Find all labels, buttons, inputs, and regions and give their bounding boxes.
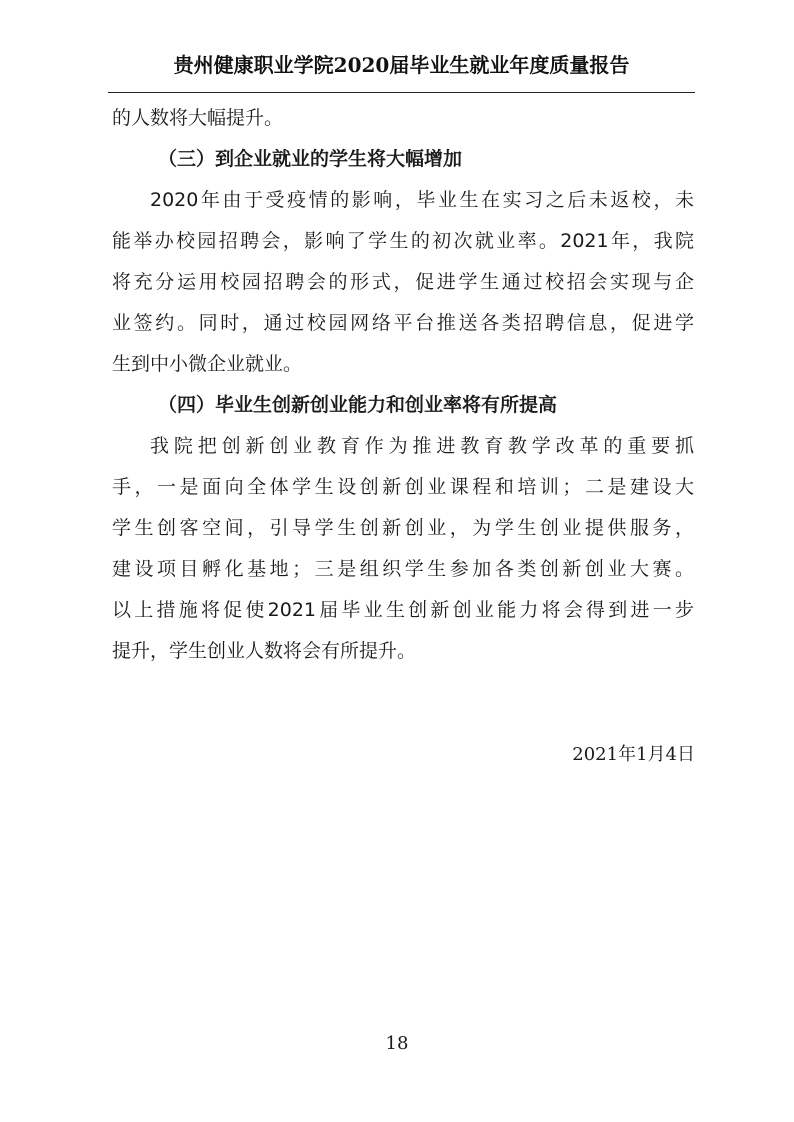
paragraph-line: 将充分运用校园招聘会的形式，促进学生通过校招会实现与企 — [112, 262, 694, 302]
section-heading-4: （四）毕业生创新创业能力和创业率将有所提高 — [158, 385, 557, 425]
paragraph-line: 我院把创新创业教育作为推进教育教学改革的重要抓 — [150, 426, 694, 466]
paragraph-line: 业签约。同时，通过校园网络平台推送各类招聘信息，促进学 — [112, 303, 694, 343]
paragraph-line: 学生创客空间，引导学生创新创业，为学生创业提供服务， — [112, 508, 694, 548]
paragraph-line: 生到中小微企业就业。 — [112, 344, 302, 384]
paragraph-line: 建设项目孵化基地；三是组织学生参加各类创新创业大赛。 — [112, 549, 694, 589]
paragraph-line: 手，一是面向全体学生设创新创业课程和培训；二是建设大 — [112, 467, 694, 507]
paragraph-continuation-line: 的人数将大幅提升。 — [112, 98, 283, 138]
report-header-title: 贵州健康职业学院2020届毕业生就业年度质量报告 — [108, 50, 695, 80]
document-page: 贵州健康职业学院2020届毕业生就业年度质量报告 的人数将大幅提升。 （三）到企… — [0, 0, 794, 1122]
paragraph-line: 以上措施将促使2021届毕业生创新创业能力将会得到进一步 — [112, 590, 694, 630]
report-date: 2021年1月4日 — [540, 740, 695, 770]
header-divider — [108, 92, 695, 93]
paragraph-line: 2020年由于受疫情的影响，毕业生在实习之后未返校，未 — [150, 180, 694, 220]
section-heading-3: （三）到企业就业的学生将大幅增加 — [158, 139, 462, 179]
page-number: 18 — [0, 1033, 794, 1054]
paragraph-line: 能举办校园招聘会，影响了学生的初次就业率。2021年，我院 — [112, 221, 694, 261]
paragraph-line: 提升，学生创业人数将会有所提升。 — [112, 631, 416, 671]
